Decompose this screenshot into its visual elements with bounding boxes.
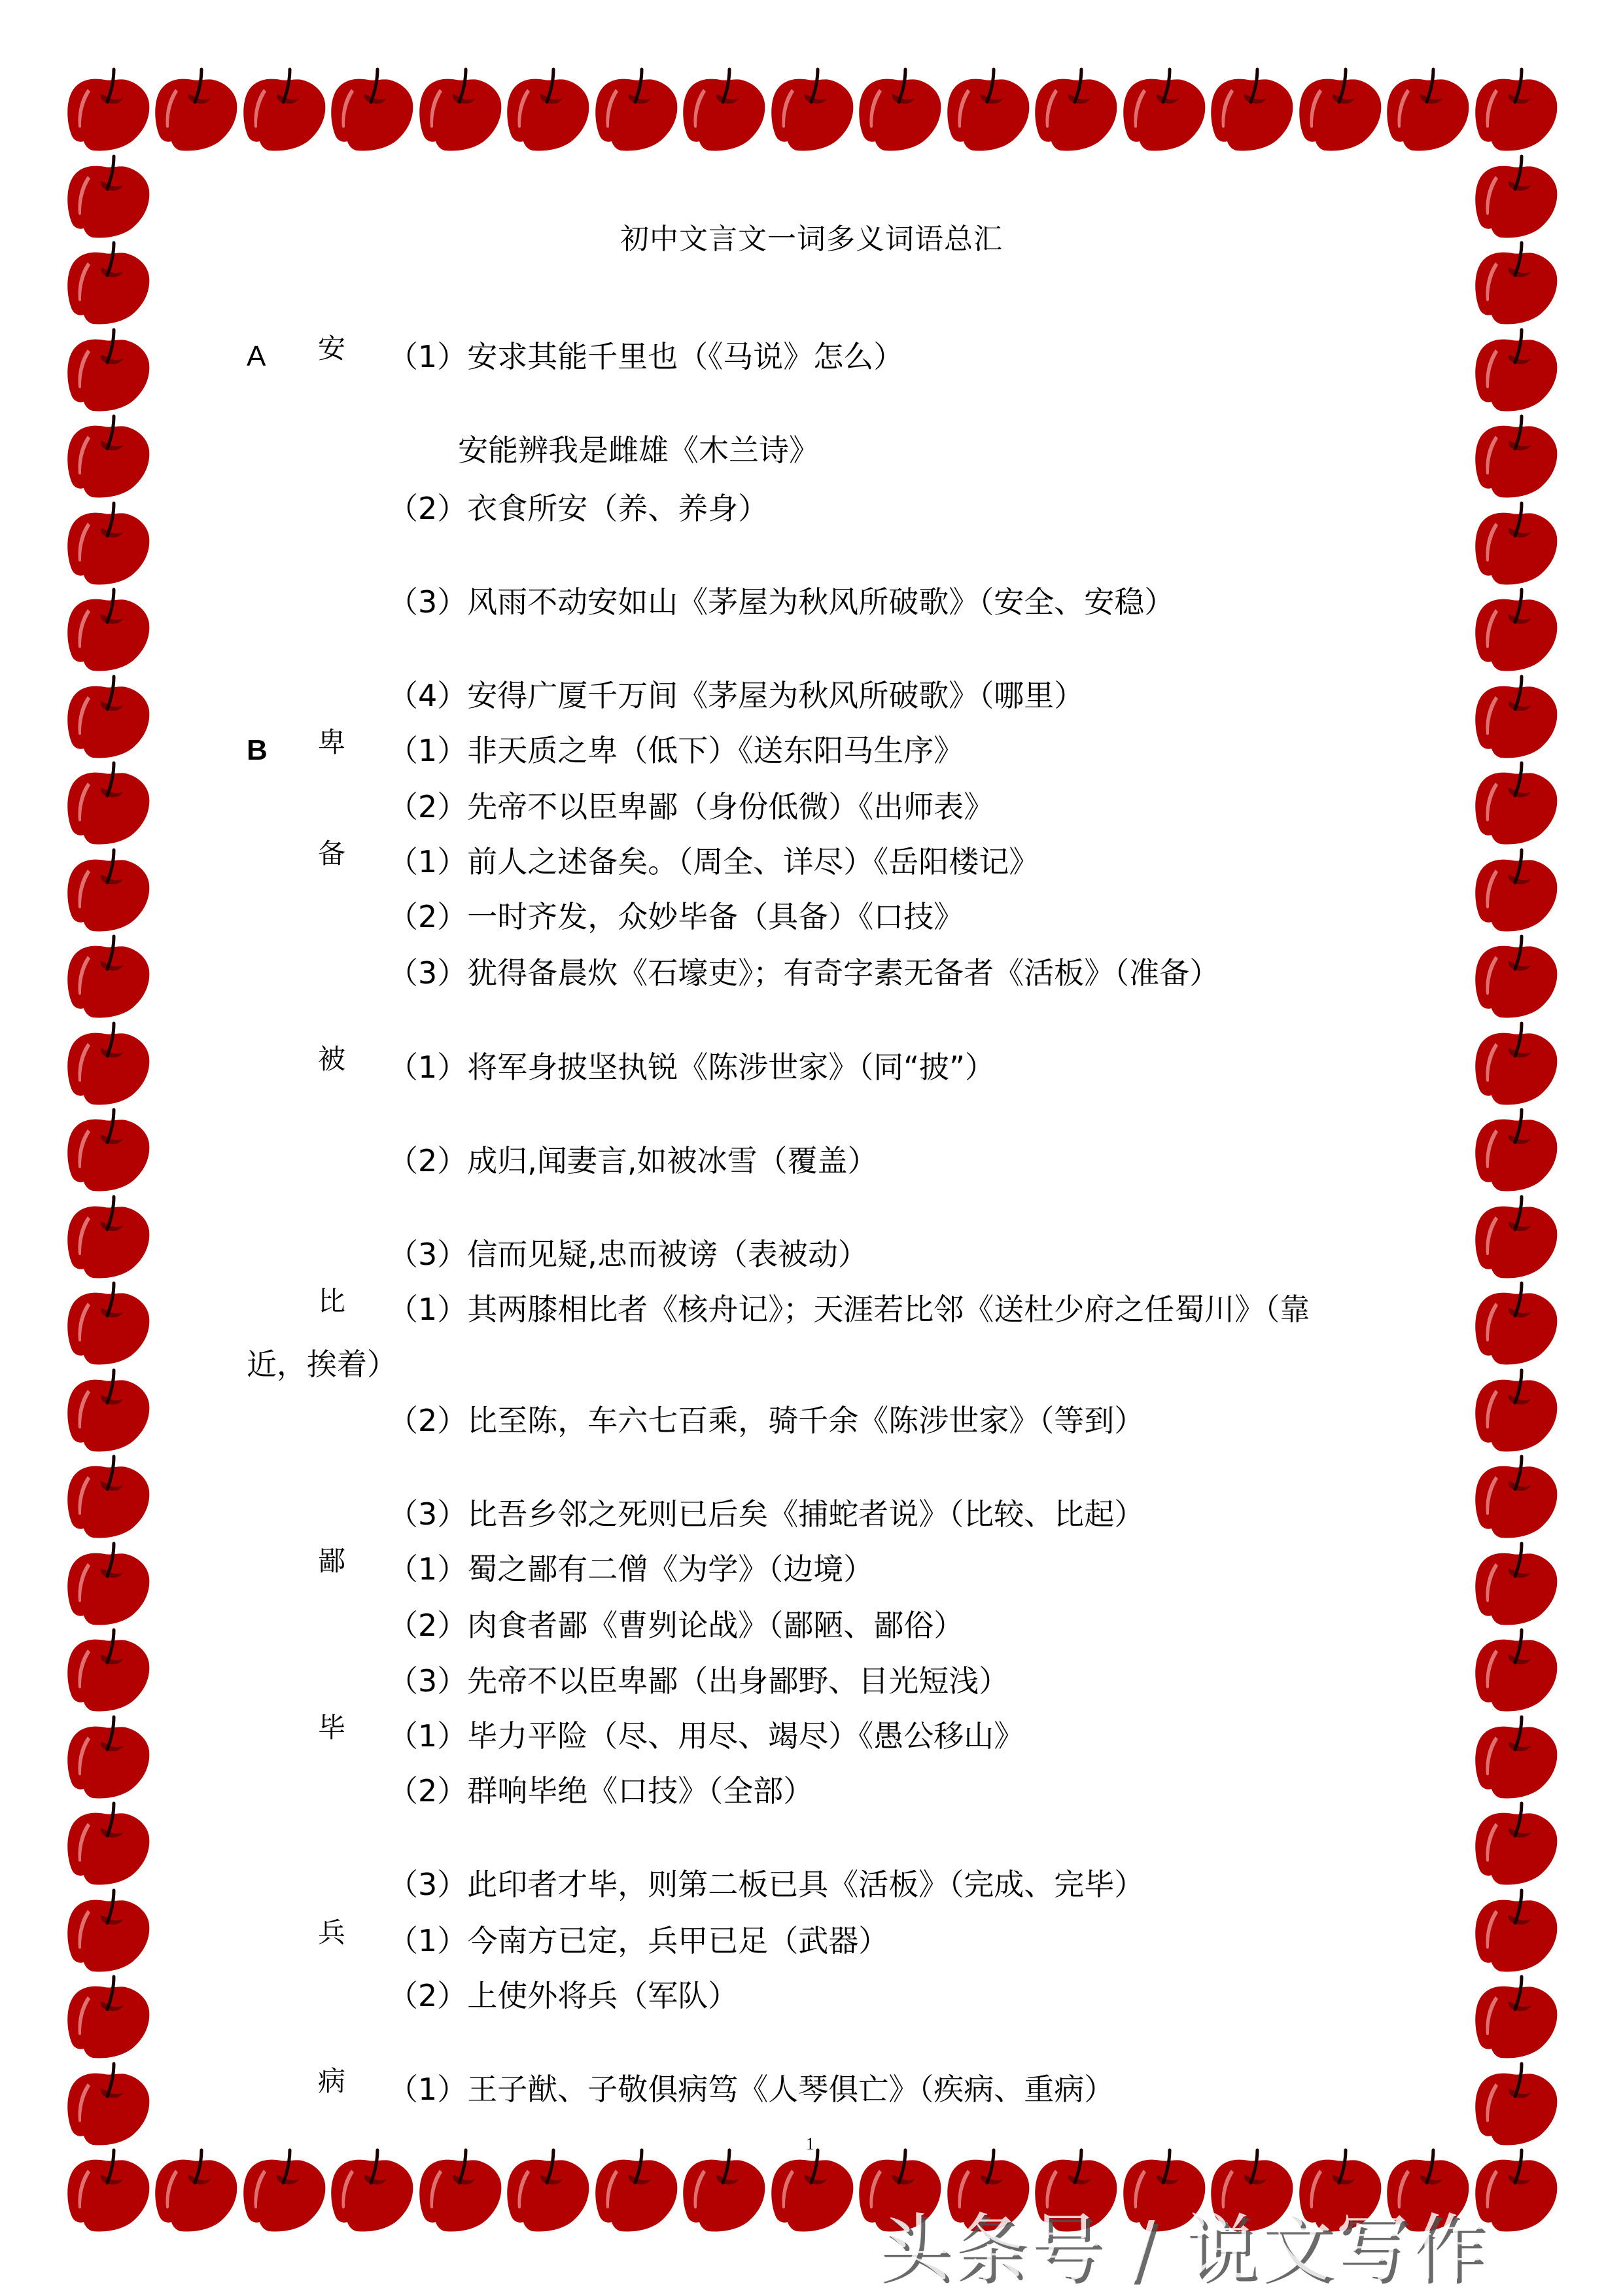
entry-row: （3）此印者才毕，则第二板已具《活板》（完成、完毕） (0, 1865, 1308, 1904)
entry-row: B 卑 （1）非天质之卑（低下）《送东阳马生序》 (0, 731, 1308, 770)
entry-line: （3）先帝不以臣卑鄙（出身鄙野、目光短浅） (388, 1661, 1009, 1701)
entry-line: （2）成归,闻妻言,如被冰雪（覆盖） (388, 1141, 878, 1180)
entry-line: （4）安得广厦千万间《茅屋为秋风所破歌》（哪里） (388, 676, 1084, 715)
entry-line: （1）其两膝相比者《核舟记》；天涯若比邻《送杜少府之任蜀川》（靠 (388, 1290, 1310, 1329)
section-letter: B (247, 731, 268, 770)
headword: 比 (318, 1282, 345, 1321)
entry-row: 毕 （1）毕力平险（尽、用尽、竭尽）《愚公移山》 (0, 1716, 1308, 1756)
entry-line: （1）非天质之卑（低下）《送东阳马生序》 (388, 731, 964, 770)
entry-line: （2）一时齐发，众妙毕备（具备）《口技》 (388, 897, 964, 936)
entry-line: （1）蜀之鄙有二僧《为学》（边境） (388, 1549, 873, 1589)
entry-row: 鄙 （1）蜀之鄙有二僧《为学》（边境） (0, 1549, 1308, 1589)
entry-line: （1）王子猷、子敬俱病笃《人琴俱亡》（疾病、重病） (388, 2070, 1114, 2109)
entry-row: 备 （1）前人之述备矣。（周全、详尽）《岳阳楼记》 (0, 842, 1308, 881)
entry-row: （3）犹得备晨炊《石壕吏》；有奇字素无备者《活板》（准备） (0, 953, 1308, 993)
entry-line: （1）将军身披坚执锐《陈涉世家》（同“披”） (388, 1048, 995, 1087)
entry-line: （2）群响毕绝《口技》（全部） (388, 1771, 813, 1810)
entry-line: （3）比吾乡邻之死则已后矣《捕蛇者说》（比较、比起） (388, 1494, 1144, 1534)
entry-line: （1）今南方已定，兵甲已足（武器） (388, 1921, 888, 1960)
entry-row: （2）肉食者鄙《曹刿论战》（鄙陋、鄙俗） (0, 1606, 1308, 1645)
entry-line: （1）毕力平险（尽、用尽、竭尽）《愚公移山》 (388, 1716, 1024, 1756)
entry-row: （2）上使外将兵（军队） (0, 1976, 1308, 2015)
entry-row: （2）衣食所安（养、养身） (0, 489, 1308, 528)
watermark: 头条号 / 说文写作 (877, 2206, 1487, 2291)
headword: 病 (318, 2062, 345, 2101)
entry-line: （1）安求其能千里也（《马说》怎么） (388, 337, 903, 376)
entry-row: 兵 （1）今南方已定，兵甲已足（武器） (0, 1921, 1308, 1960)
entry-row: （3）比吾乡邻之死则已后矣《捕蛇者说》（比较、比起） (0, 1494, 1308, 1534)
entry-row: （2）一时齐发，众妙毕备（具备）《口技》 (0, 897, 1308, 936)
entry-row: （3）风雨不动安如山《茅屋为秋风所破歌》（安全、安稳） (0, 582, 1308, 622)
document-page: 初中文言文一词多义词语总汇 A 安 （1）安求其能千里也（《马说》怎么） 安能辨… (0, 0, 1623, 2296)
entry-row: （2）先帝不以臣卑鄙（身份低微）《出师表》 (0, 787, 1308, 826)
entry-line-wrap: 近，挨着） (247, 1345, 397, 1384)
headword: 备 (318, 834, 345, 874)
entry-row: （3）先帝不以臣卑鄙（出身鄙野、目光短浅） (0, 1661, 1308, 1701)
entry-row: （2）群响毕绝《口技》（全部） (0, 1771, 1308, 1810)
entry-line: （3）此印者才毕，则第二板已具《活板》（完成、完毕） (388, 1865, 1144, 1904)
entry-line: （1）前人之述备矣。（周全、详尽）《岳阳楼记》 (388, 842, 1039, 881)
headword: 毕 (318, 1708, 345, 1748)
page-number: 1 (806, 2134, 814, 2154)
entry-line: （2）先帝不以臣卑鄙（身份低微）《出师表》 (388, 787, 994, 826)
entry-line: （2）上使外将兵（军队） (388, 1976, 738, 2015)
entry-row: 安能辨我是雌雄《木兰诗》 (0, 431, 1308, 470)
headword: 鄙 (318, 1542, 345, 1581)
entry-line: 安能辨我是雌雄《木兰诗》 (458, 431, 819, 470)
entry-row: 被 （1）将军身披坚执锐《陈涉世家》（同“披”） (0, 1048, 1308, 1087)
entry-line: （2）肉食者鄙《曹刿论战》（鄙陋、鄙俗） (388, 1606, 964, 1645)
entry-line: （3）信而见疑,忠而被谤（表被动） (388, 1235, 868, 1274)
entry-row: A 安 （1）安求其能千里也（《马说》怎么） (0, 337, 1308, 376)
entry-row: （3）信而见疑,忠而被谤（表被动） (0, 1235, 1308, 1274)
headword: 兵 (318, 1913, 345, 1952)
entry-line: （2）比至陈，车六七百乘，骑千余《陈涉世家》（等到） (388, 1401, 1144, 1440)
headword: 安 (318, 329, 345, 368)
page-title: 初中文言文一词多义词语总汇 (0, 220, 1623, 259)
section-letter: A (247, 337, 266, 376)
entry-row: 比 （1）其两膝相比者《核舟记》；天涯若比邻《送杜少府之任蜀川》（靠 (0, 1290, 1374, 1329)
headword: 被 (318, 1040, 345, 1079)
entry-row: （4）安得广厦千万间《茅屋为秋风所破歌》（哪里） (0, 676, 1308, 715)
entry-line: （2）衣食所安（养、养身） (388, 489, 768, 528)
entry-row: （2）比至陈，车六七百乘，骑千余《陈涉世家》（等到） (0, 1401, 1308, 1440)
entry-line: （3）犹得备晨炊《石壕吏》；有奇字素无备者《活板》（准备） (388, 953, 1219, 993)
entry-row: 病 （1）王子猷、子敬俱病笃《人琴俱亡》（疾病、重病） (0, 2070, 1308, 2109)
entry-row: 近，挨着） (0, 1345, 1308, 1384)
entry-row: （2）成归,闻妻言,如被冰雪（覆盖） (0, 1141, 1308, 1180)
headword: 卑 (318, 723, 345, 762)
entry-line: （3）风雨不动安如山《茅屋为秋风所破歌》（安全、安稳） (388, 582, 1174, 622)
